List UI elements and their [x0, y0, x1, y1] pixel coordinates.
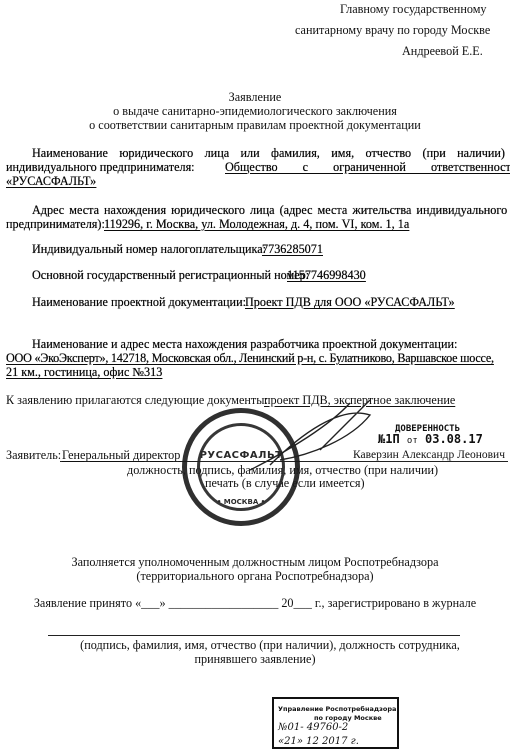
ogrn-label: Основной государственный регистрационный…	[32, 268, 309, 282]
addressee-line-3: Андреевой Е.Е.	[402, 44, 483, 58]
registration-stamp: Управление Роспотребнадзора по городу Мо…	[272, 697, 399, 749]
addressee-line-1: Главному государственному	[340, 2, 487, 16]
official-heading-1: Заполняется уполномоченным должностным л…	[0, 555, 510, 569]
developer-label: Наименование и адрес места нахождения ра…	[32, 337, 457, 351]
developer-value: ООО «ЭкоЭксперт», 142718, Московская обл…	[6, 351, 494, 365]
inn-label: Индивидуальный номер налогоплательщика:	[32, 242, 266, 256]
reg-stamp-date: «21» 12 2017 г.	[278, 735, 359, 749]
attachments-label: К заявлению прилагаются следующие докуме…	[6, 393, 268, 407]
address-label-2: предпринимателя):	[6, 217, 105, 231]
entity-name-value: Общество с ограниченной ответственностью	[225, 160, 505, 174]
project-name-value: Проект ПДВ для ООО «РУСАСФАЛЬТ»	[245, 295, 455, 309]
official-signature-line	[48, 635, 460, 636]
poa-date: 03.08.17	[425, 432, 483, 446]
document-title: Заявление	[0, 90, 510, 104]
acceptance-line: Заявление принято «___» ________________…	[0, 596, 510, 610]
poa-number: №1П	[378, 432, 400, 446]
official-signature-caption-2: принявшего заявление)	[0, 652, 510, 666]
seal-bottom-text: • МОСКВА •	[187, 495, 295, 509]
entity-name-label-2: индивидуального предпринимателя:	[6, 160, 195, 174]
poa-from: от	[407, 436, 418, 446]
signature-scribble-icon	[230, 395, 380, 485]
entity-name-label: Наименование юридического лица или фамил…	[32, 146, 505, 160]
address-label: Адрес места нахождения юридического лица…	[32, 203, 507, 217]
project-name-label: Наименование проектной документации:	[32, 295, 246, 309]
official-heading-2: (территориального органа Роспотребнадзор…	[0, 569, 510, 583]
developer-value-2: 21 км., гостиница, офис №313	[6, 365, 162, 379]
address-value: 119296, г. Москва, ул. Молодежная, д. 4,…	[104, 217, 409, 231]
applicant-position: Генеральный директор	[62, 448, 180, 462]
document-subtitle-1: о выдаче санитарно-эпидемиологического з…	[0, 104, 510, 118]
official-signature-caption-1: (подпись, фамилия, имя, отчество (при на…	[0, 638, 510, 652]
applicant-label: Заявитель:	[6, 448, 61, 462]
addressee-line-2: санитарному врачу по городу Москве	[295, 23, 490, 37]
reg-stamp-number: №01- 49760-2	[278, 721, 348, 735]
power-of-attorney-number: №1П от 03.08.17	[378, 432, 483, 448]
ogrn-value: 1157746998430	[287, 268, 366, 282]
document-subtitle-2: о соответствии санитарным правилам проек…	[0, 118, 510, 132]
entity-name-value-2: «РУСАСФАЛЬТ»	[6, 174, 96, 188]
inn-value: 7736285071	[262, 242, 323, 256]
